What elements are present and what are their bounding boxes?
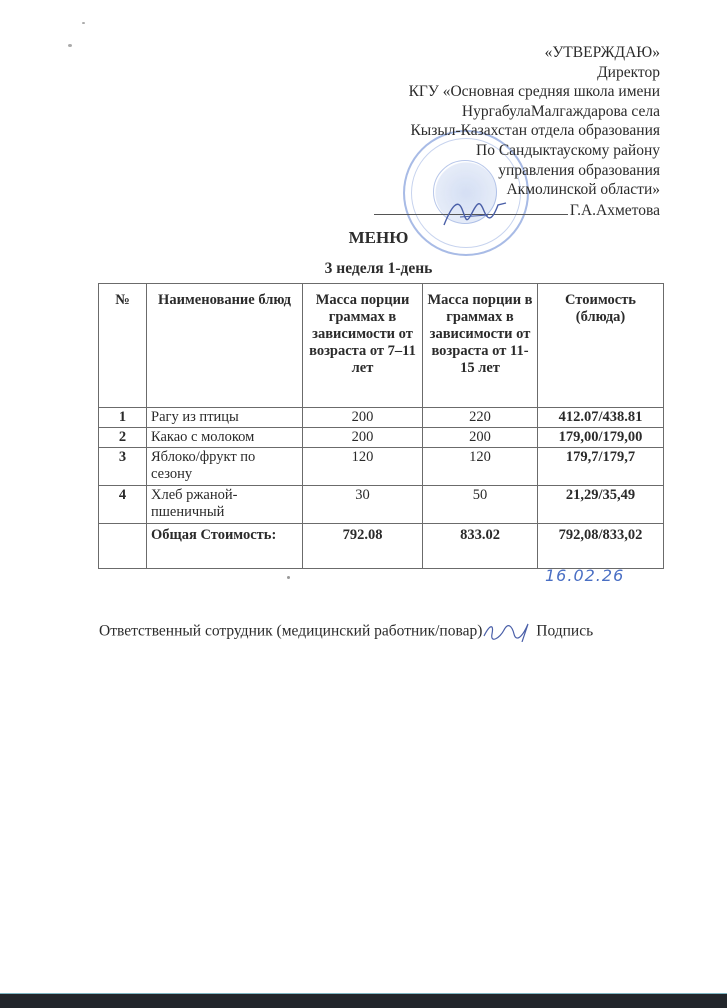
table-row: 2 Какао с молоком 200 200 179,00/179,00: [99, 428, 664, 448]
header-number: №: [99, 284, 147, 408]
row-number: 4: [99, 486, 147, 524]
approval-line: Директор: [374, 63, 660, 83]
row-number: 3: [99, 448, 147, 486]
approval-line: КГУ «Основная средняя школа имени: [374, 82, 660, 102]
cook-signature-icon: [482, 622, 532, 642]
mass-7-11: 200: [303, 428, 423, 448]
signature-label: Подпись: [536, 623, 593, 640]
scan-speck: [68, 44, 72, 47]
approval-line: Акмолинской области»: [374, 180, 660, 200]
row-number: 1: [99, 408, 147, 428]
approval-line: управления образования: [374, 161, 660, 181]
total-empty-cell: [99, 524, 147, 569]
table-header-row: № Наименование блюд Масса порции граммах…: [99, 284, 664, 408]
header-mass-7-11: Масса порции граммах в зависимости от во…: [303, 284, 423, 408]
dish-name: Хлеб ржаной-пшеничный: [147, 486, 303, 524]
menu-table: № Наименование блюд Масса порции граммах…: [98, 283, 664, 569]
total-7-11: 792.08: [303, 524, 423, 569]
approval-heading: «УТВЕРЖДАЮ»: [374, 43, 660, 63]
dish-cost: 179,7/179,7: [538, 448, 664, 486]
dish-name: Яблоко/фрукт по сезону: [147, 448, 303, 486]
mass-7-11: 200: [303, 408, 423, 428]
mass-11-15: 220: [423, 408, 538, 428]
document-subtitle: 3 неделя 1-день: [0, 260, 727, 278]
handwritten-date: 16.02.26: [545, 566, 624, 585]
table-total-row: Общая Стоимость: 792.08 833.02 792,08/83…: [99, 524, 664, 569]
approval-line: Кызыл-Казахстан отдела образования: [374, 121, 660, 141]
dish-name: Рагу из птицы: [147, 408, 303, 428]
total-cost: 792,08/833,02: [538, 524, 664, 569]
header-cost: Стоимость (блюда): [538, 284, 664, 408]
director-signature-icon: [440, 195, 510, 229]
mass-11-15: 50: [423, 486, 538, 524]
scan-speck: [82, 22, 85, 24]
header-dish-name: Наименование блюд: [147, 284, 303, 408]
dish-name: Какао с молоком: [147, 428, 303, 448]
dish-cost: 412.07/438.81: [538, 408, 664, 428]
scan-speck: [287, 576, 290, 579]
approval-block: «УТВЕРЖДАЮ» Директор КГУ «Основная средн…: [374, 43, 660, 220]
approval-line: По Сандыктаускому району: [374, 141, 660, 161]
mass-7-11: 30: [303, 486, 423, 524]
signatory-name: Г.А.Ахметова: [570, 202, 660, 219]
table-row: 1 Рагу из птицы 200 220 412.07/438.81: [99, 408, 664, 428]
table-row: 4 Хлеб ржаной-пшеничный 30 50 21,29/35,4…: [99, 486, 664, 524]
mass-7-11: 120: [303, 448, 423, 486]
document-title: МЕНЮ: [0, 228, 727, 248]
dish-cost: 179,00/179,00: [538, 428, 664, 448]
dish-cost: 21,29/35,49: [538, 486, 664, 524]
responsible-label: Ответственный сотрудник (медицинский раб…: [99, 623, 482, 640]
mass-11-15: 120: [423, 448, 538, 486]
responsible-line: Ответственный сотрудник (медицинский раб…: [99, 622, 593, 642]
total-label: Общая Стоимость:: [147, 524, 303, 569]
approval-line: НургабулаМалгаждарова села: [374, 102, 660, 122]
row-number: 2: [99, 428, 147, 448]
table-row: 3 Яблоко/фрукт по сезону 120 120 179,7/1…: [99, 448, 664, 486]
mass-11-15: 200: [423, 428, 538, 448]
header-mass-11-15: Масса порции в граммах в зависимости от …: [423, 284, 538, 408]
total-11-15: 833.02: [423, 524, 538, 569]
scanner-edge: [0, 993, 727, 1008]
